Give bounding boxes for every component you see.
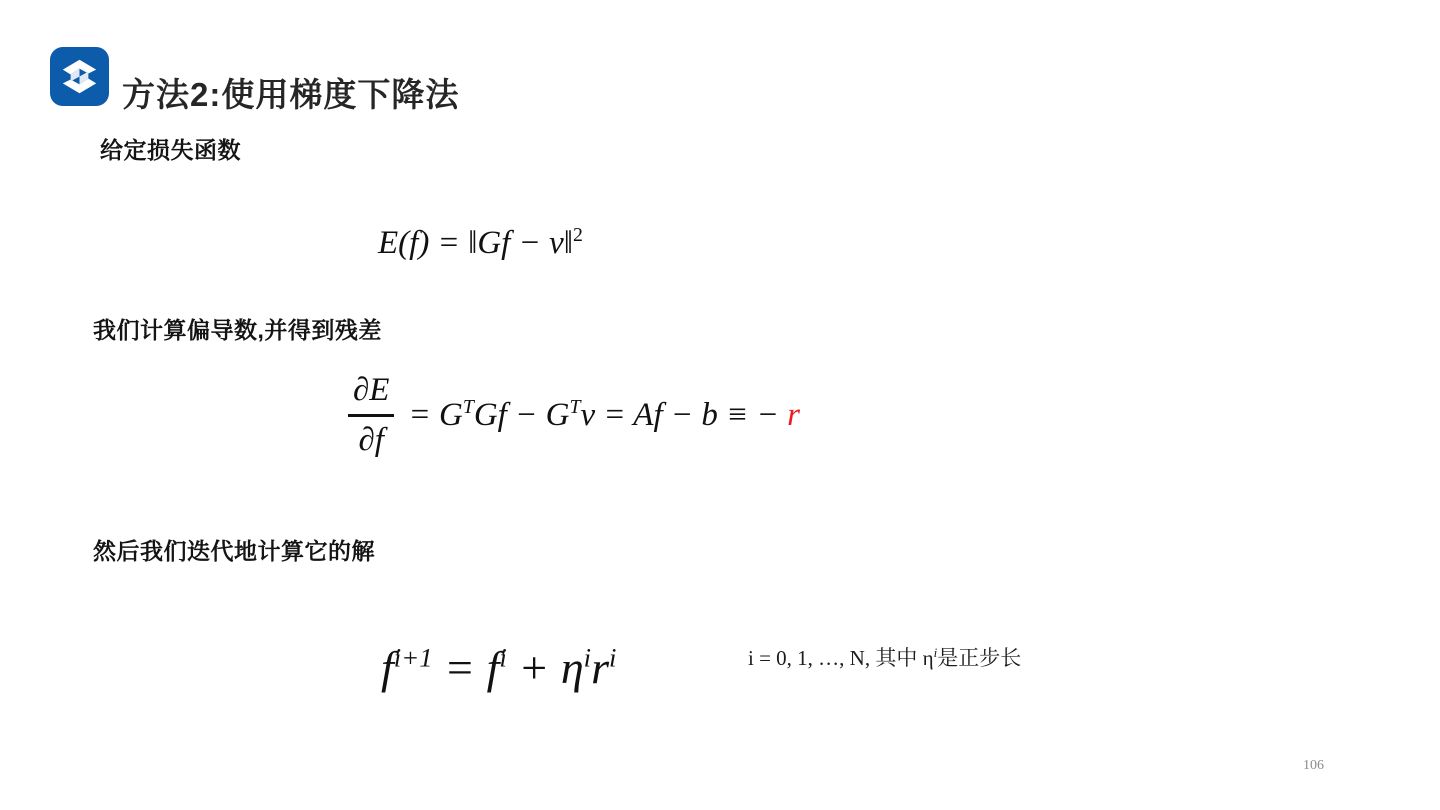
section-label-gradient: 我们计算偏导数,并得到残差	[93, 312, 382, 345]
formula-loss-body: E(f) = ‖Gf − v‖	[378, 225, 573, 261]
fraction-denominator: ∂f	[353, 417, 388, 457]
iter-plus: +	[507, 642, 561, 693]
gradient-term-2: Gf − G	[474, 397, 570, 433]
logo-icon	[50, 47, 109, 106]
iter-eta: η	[561, 642, 584, 693]
section-label-loss-function: 给定损失函数	[100, 132, 241, 165]
iter-r-sup: i	[609, 643, 616, 673]
transpose-sup-2: T	[569, 396, 580, 418]
iteration-note-pre: i = 0, 1, …, N, 其中 η	[748, 646, 934, 670]
gradient-term-3: v = Af − b ≡ −	[580, 397, 787, 433]
iter-sup-next: i+1	[394, 643, 433, 673]
iter-eta-sup: i	[584, 643, 591, 673]
transpose-sup-1: T	[463, 396, 474, 418]
iter-f-current: f	[487, 642, 500, 693]
page-number: 106	[1303, 758, 1324, 774]
gradient-rhs: = GTGf − GTv = Af − b ≡ − r	[408, 397, 800, 434]
slide: 方法2:使用梯度下降法 给定损失函数 E(f) = ‖Gf − v‖2 我们计算…	[0, 0, 1440, 810]
iter-f-next: f	[381, 642, 394, 693]
slide-title: 方法2:使用梯度下降法	[122, 75, 459, 115]
formula-iteration: fi+1 = fi + ηiri	[335, 588, 616, 747]
partial-derivative-fraction: ∂E ∂f	[348, 374, 394, 457]
iteration-note-post: 是正步长	[937, 646, 1021, 670]
formula-loss-exponent: 2	[573, 224, 583, 246]
fraction-numerator: ∂E	[348, 374, 394, 414]
stacked-s-logo-graphic	[50, 47, 109, 106]
iter-equals: =	[433, 642, 487, 693]
iter-r: r	[591, 642, 609, 693]
section-label-iteration: 然后我们迭代地计算它的解	[93, 533, 375, 566]
formula-gradient: ∂E ∂f = GTGf − GTv = Af − b ≡ − r	[348, 374, 800, 457]
residual-r: r	[787, 397, 800, 433]
iter-sup-current: i	[499, 643, 506, 673]
formula-loss-function: E(f) = ‖Gf − v‖2	[345, 188, 583, 299]
iteration-note: i = 0, 1, …, N, 其中 ηi是正步长	[727, 617, 1021, 697]
gradient-term-1: = G	[408, 397, 462, 433]
